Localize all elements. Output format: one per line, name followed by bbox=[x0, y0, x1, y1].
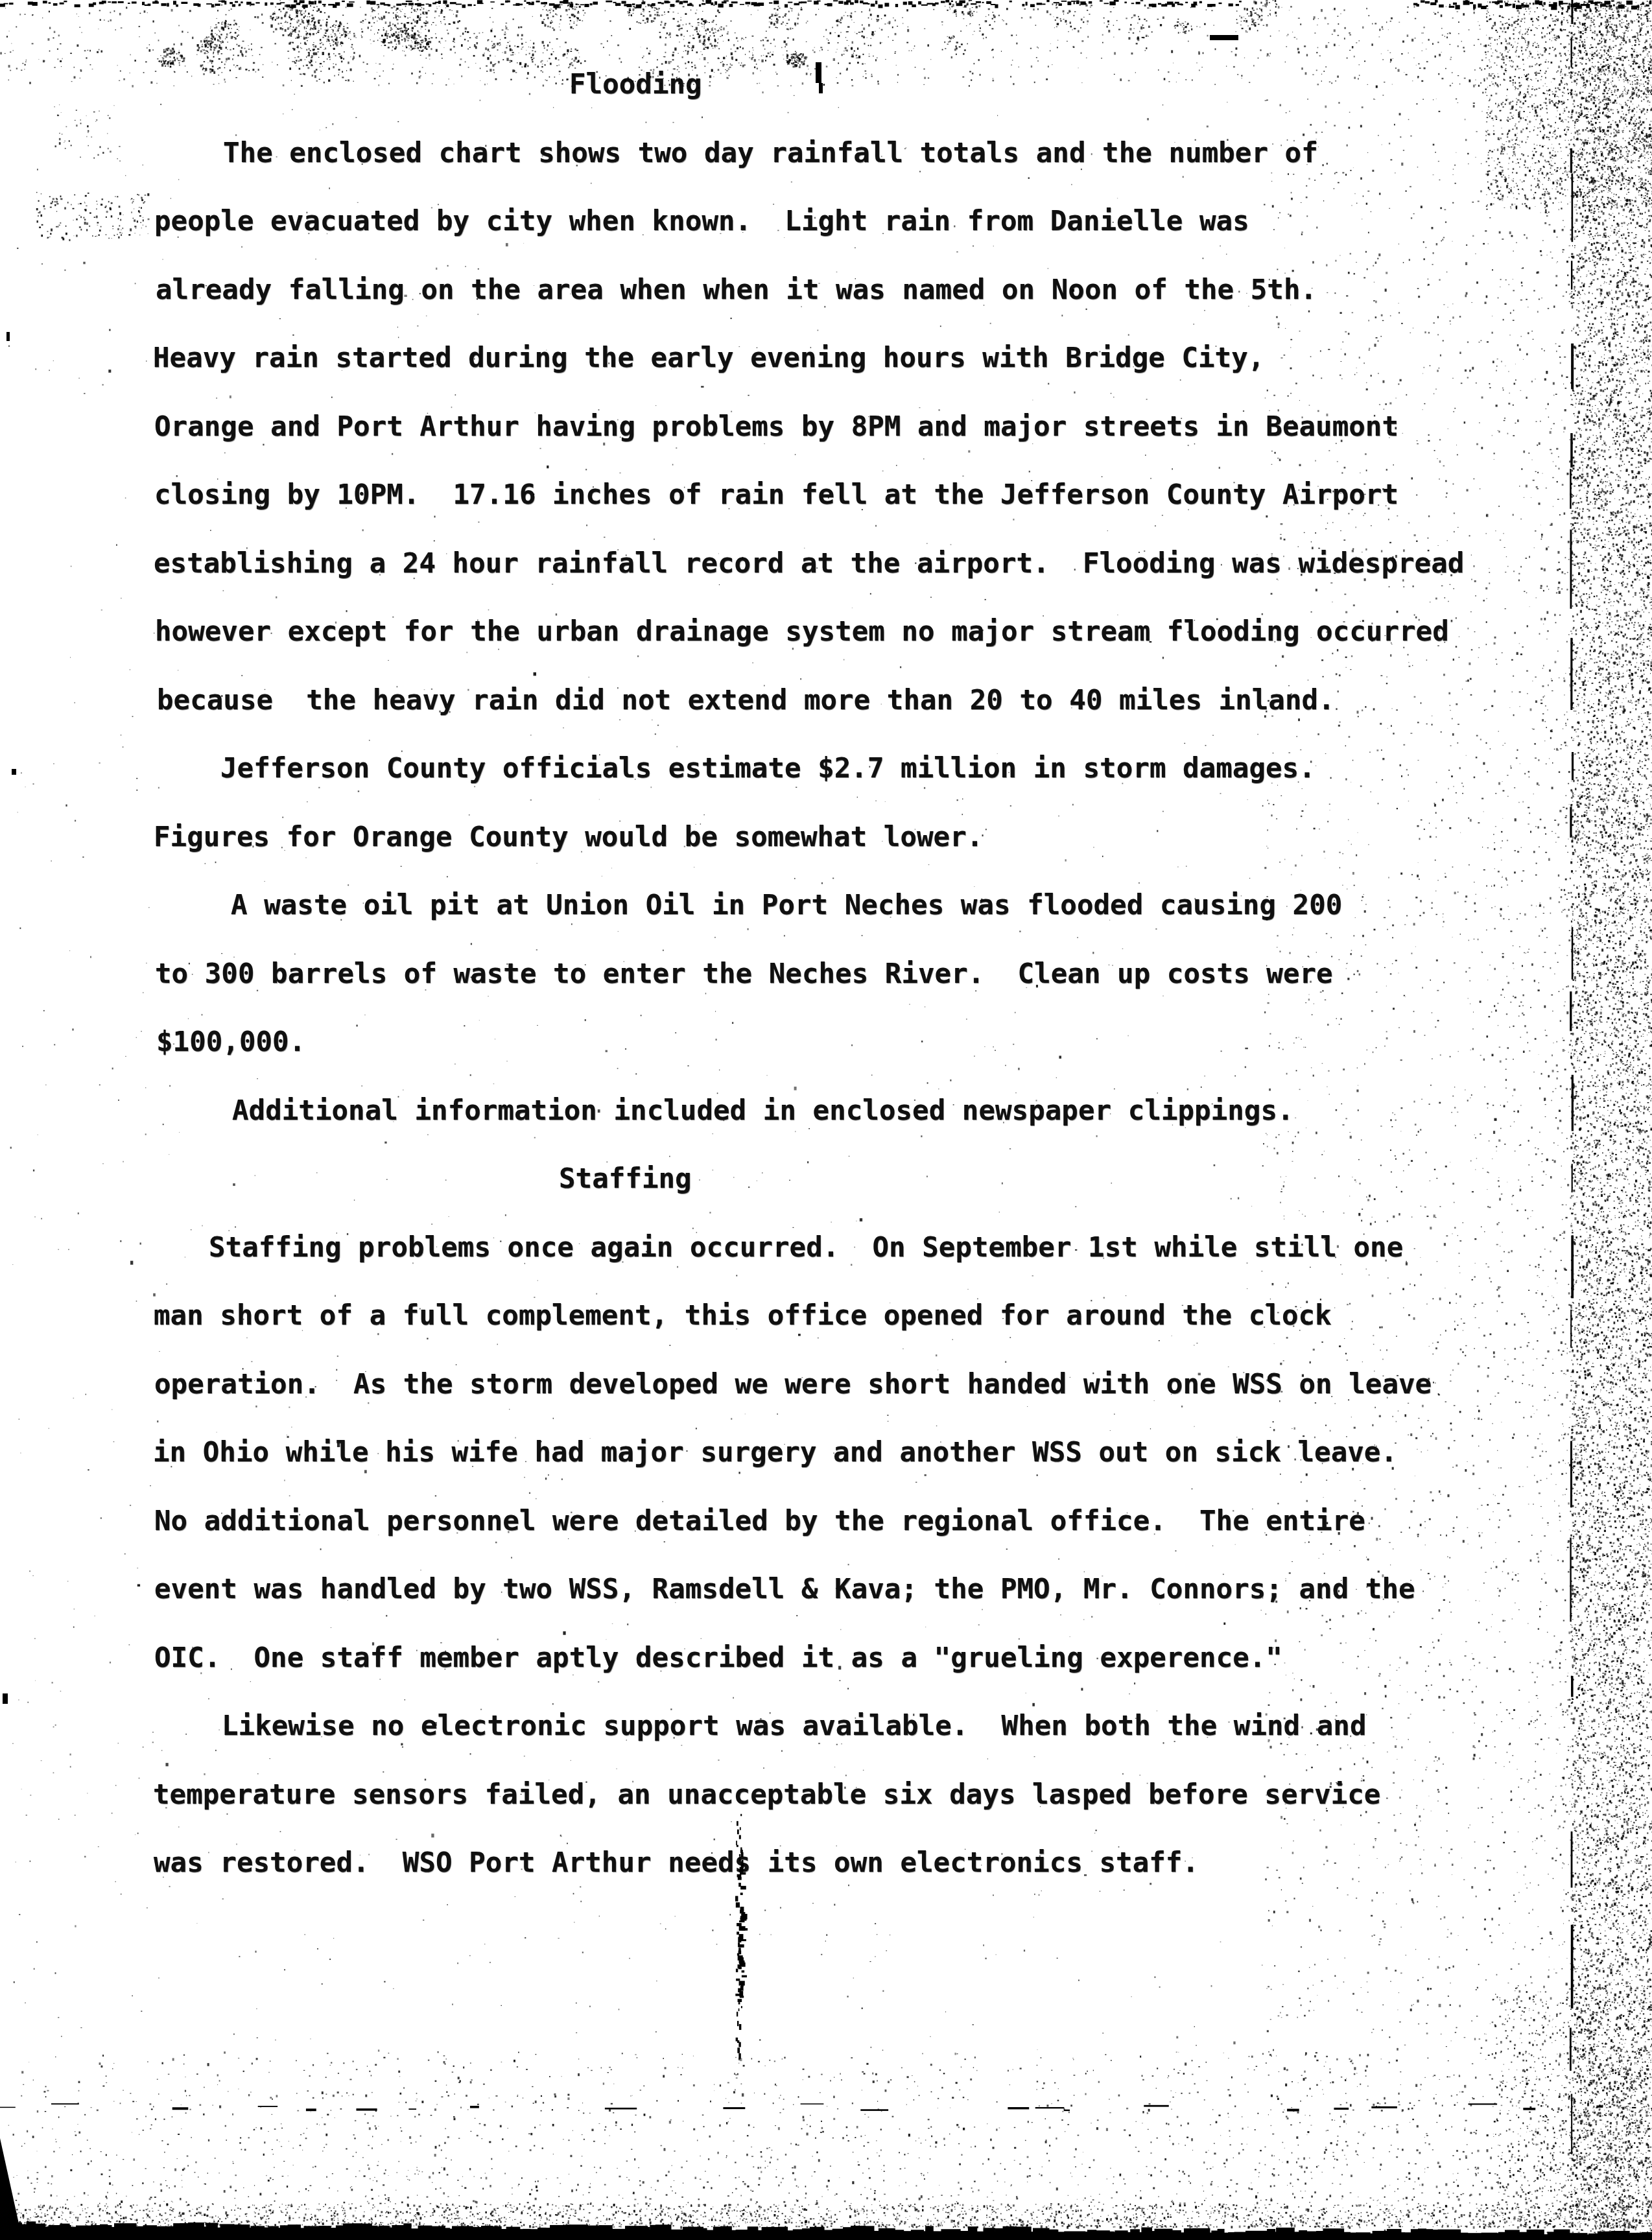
section-heading-staffing: Staffing bbox=[559, 1164, 692, 1195]
text-line: to 300 barrels of waste to enter the Nec… bbox=[155, 960, 1333, 990]
text-line: closing by 10PM. 17.16 inches of rain fe… bbox=[154, 480, 1398, 511]
text-line: $100,000. bbox=[156, 1028, 305, 1058]
text-line: Jefferson County officials estimate $2.7… bbox=[220, 754, 1316, 784]
text-line: operation. As the storm developed we wer… bbox=[154, 1370, 1432, 1400]
text-line: temperature sensors failed, an unaccepta… bbox=[153, 1780, 1380, 1811]
text-line: however except for the urban drainage sy… bbox=[155, 617, 1449, 648]
text-line: people evacuated by city when known. Lig… bbox=[154, 207, 1249, 237]
text-line: OIC. One staff member aptly described it… bbox=[154, 1644, 1282, 1674]
text-line: Orange and Port Arthur having problems b… bbox=[154, 412, 1398, 443]
text-line: because the heavy rain did not extend mo… bbox=[157, 686, 1335, 716]
text-line: in Ohio while his wife had major surgery… bbox=[153, 1438, 1397, 1468]
text-line: Heavy rain started during the early even… bbox=[153, 344, 1264, 374]
text-line: was restored. WSO Port Arthur needs its … bbox=[154, 1848, 1199, 1879]
text-line: event was handled by two WSS, Ramsdell &… bbox=[154, 1575, 1415, 1605]
text-line: Additional information included in enclo… bbox=[232, 1096, 1294, 1127]
text-line: Staffing problems once again occurred. O… bbox=[209, 1233, 1403, 1264]
text-line: A waste oil pit at Union Oil in Port Nec… bbox=[231, 891, 1342, 921]
text-line: man short of a full complement, this off… bbox=[154, 1301, 1332, 1332]
text-line: establishing a 24 hour rainfall record a… bbox=[154, 549, 1464, 580]
text-line: Likewise no electronic support was avail… bbox=[222, 1712, 1367, 1742]
text-line: Figures for Orange County would be somew… bbox=[154, 823, 983, 853]
document-title: Flooding bbox=[569, 70, 702, 100]
text-line: No additional personnel were detailed by… bbox=[154, 1507, 1365, 1537]
text-line: The enclosed chart shows two day rainfal… bbox=[223, 139, 1318, 169]
text-line: already falling on the area when when it… bbox=[156, 276, 1317, 306]
scanned-document-page: Flooding The enclosed chart shows two da… bbox=[0, 0, 1652, 2240]
